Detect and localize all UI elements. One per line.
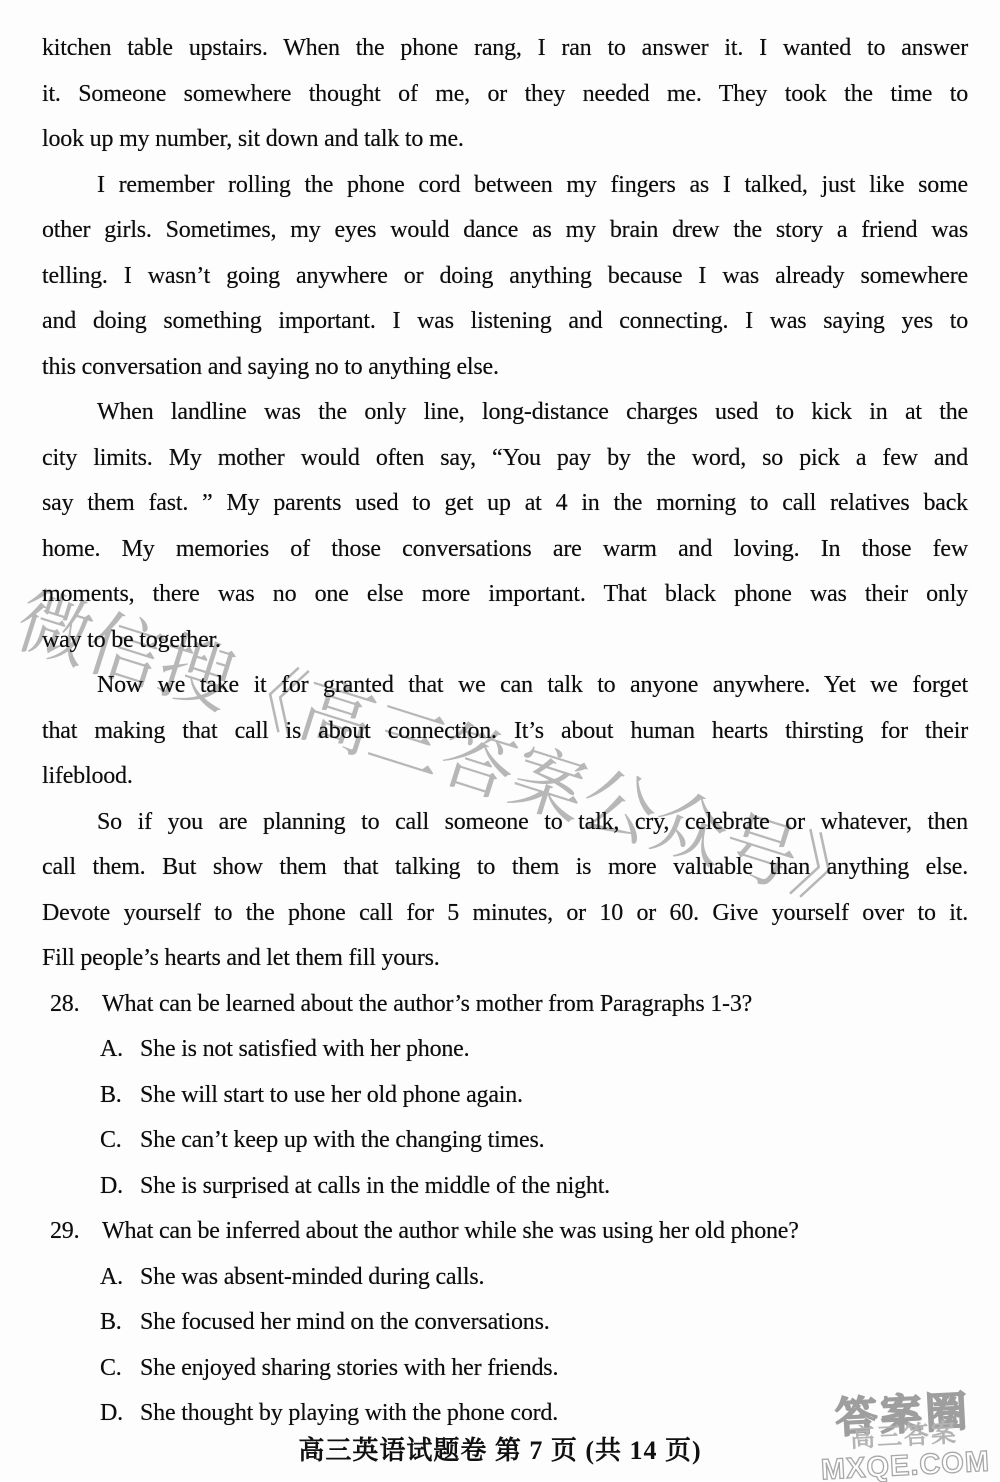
passage-line: Now we take it for granted that we can t…	[42, 663, 968, 709]
passage-line: When landline was the only line, long-di…	[42, 390, 968, 436]
passage-line: So if you are planning to call someone t…	[42, 800, 968, 846]
passage-line: and doing something important. I was lis…	[42, 299, 968, 345]
option-label: B.	[100, 1300, 140, 1346]
answer-option: C.She enjoyed sharing stories with her f…	[100, 1346, 968, 1392]
page-content: kitchen table upstairs. When the phone r…	[42, 26, 968, 1437]
question-list: 28.What can be learned about the author’…	[42, 982, 968, 1437]
answer-option: B.She focused her mind on the conversati…	[100, 1300, 968, 1346]
question: 28.What can be learned about the author’…	[50, 982, 968, 1210]
reading-passage: kitchen table upstairs. When the phone r…	[42, 26, 968, 982]
passage-line: it. Someone somewhere thought of me, or …	[42, 72, 968, 118]
option-label: C.	[100, 1118, 140, 1164]
exam-page: 微信搜《高三答案公众号》 kitchen table upstairs. Whe…	[0, 0, 1000, 1482]
option-text: She was absent-minded during calls.	[140, 1255, 968, 1301]
passage-line: moments, there was no one else more impo…	[42, 572, 968, 618]
option-text: She is not satisfied with her phone.	[140, 1027, 968, 1073]
passage-line: say them fast. ” My parents used to get …	[42, 481, 968, 527]
question-number: 29.	[50, 1209, 102, 1255]
passage-line: look up my number, sit down and talk to …	[42, 117, 968, 163]
option-text: She enjoyed sharing stories with her fri…	[140, 1346, 968, 1392]
question-stem: 29.What can be inferred about the author…	[50, 1209, 968, 1255]
passage-line: home. My memories of those conversations…	[42, 527, 968, 573]
passage-line: other girls. Sometimes, my eyes would da…	[42, 208, 968, 254]
answer-option: B.She will start to use her old phone ag…	[100, 1073, 968, 1119]
passage-line: Fill people’s hearts and let them fill y…	[42, 936, 968, 982]
option-text: She is surprised at calls in the middle …	[140, 1164, 968, 1210]
option-text: She can’t keep up with the changing time…	[140, 1118, 968, 1164]
passage-line: telling. I wasn’t going anywhere or doin…	[42, 254, 968, 300]
passage-line: lifeblood.	[42, 754, 968, 800]
answer-option: A.She is not satisfied with her phone.	[100, 1027, 968, 1073]
option-label: A.	[100, 1255, 140, 1301]
passage-line: I remember rolling the phone cord betwee…	[42, 163, 968, 209]
question-stem: 28.What can be learned about the author’…	[50, 982, 968, 1028]
passage-line: call them. But show them that talking to…	[42, 845, 968, 891]
question-text: What can be learned about the author’s m…	[102, 982, 968, 1028]
answer-site-logo: 答案圈 高三答案 MXQE.COM	[802, 1387, 1000, 1482]
option-label: D.	[100, 1164, 140, 1210]
option-label: B.	[100, 1073, 140, 1119]
answer-option: C.She can’t keep up with the changing ti…	[100, 1118, 968, 1164]
passage-line: city limits. My mother would often say, …	[42, 436, 968, 482]
question-number: 28.	[50, 982, 102, 1028]
passage-line: kitchen table upstairs. When the phone r…	[42, 26, 968, 72]
option-text: She will start to use her old phone agai…	[140, 1073, 968, 1119]
passage-line: this conversation and saying no to anyth…	[42, 345, 968, 391]
answer-option: D.She is surprised at calls in the middl…	[100, 1164, 968, 1210]
question-text: What can be inferred about the author wh…	[102, 1209, 968, 1255]
option-text: She focused her mind on the conversation…	[140, 1300, 968, 1346]
option-label: A.	[100, 1027, 140, 1073]
passage-line: that making that call is about connectio…	[42, 709, 968, 755]
passage-line: Devote yourself to the phone call for 5 …	[42, 891, 968, 937]
option-label: C.	[100, 1346, 140, 1392]
passage-line: way to be together.	[42, 618, 968, 664]
answer-option: A.She was absent-minded during calls.	[100, 1255, 968, 1301]
